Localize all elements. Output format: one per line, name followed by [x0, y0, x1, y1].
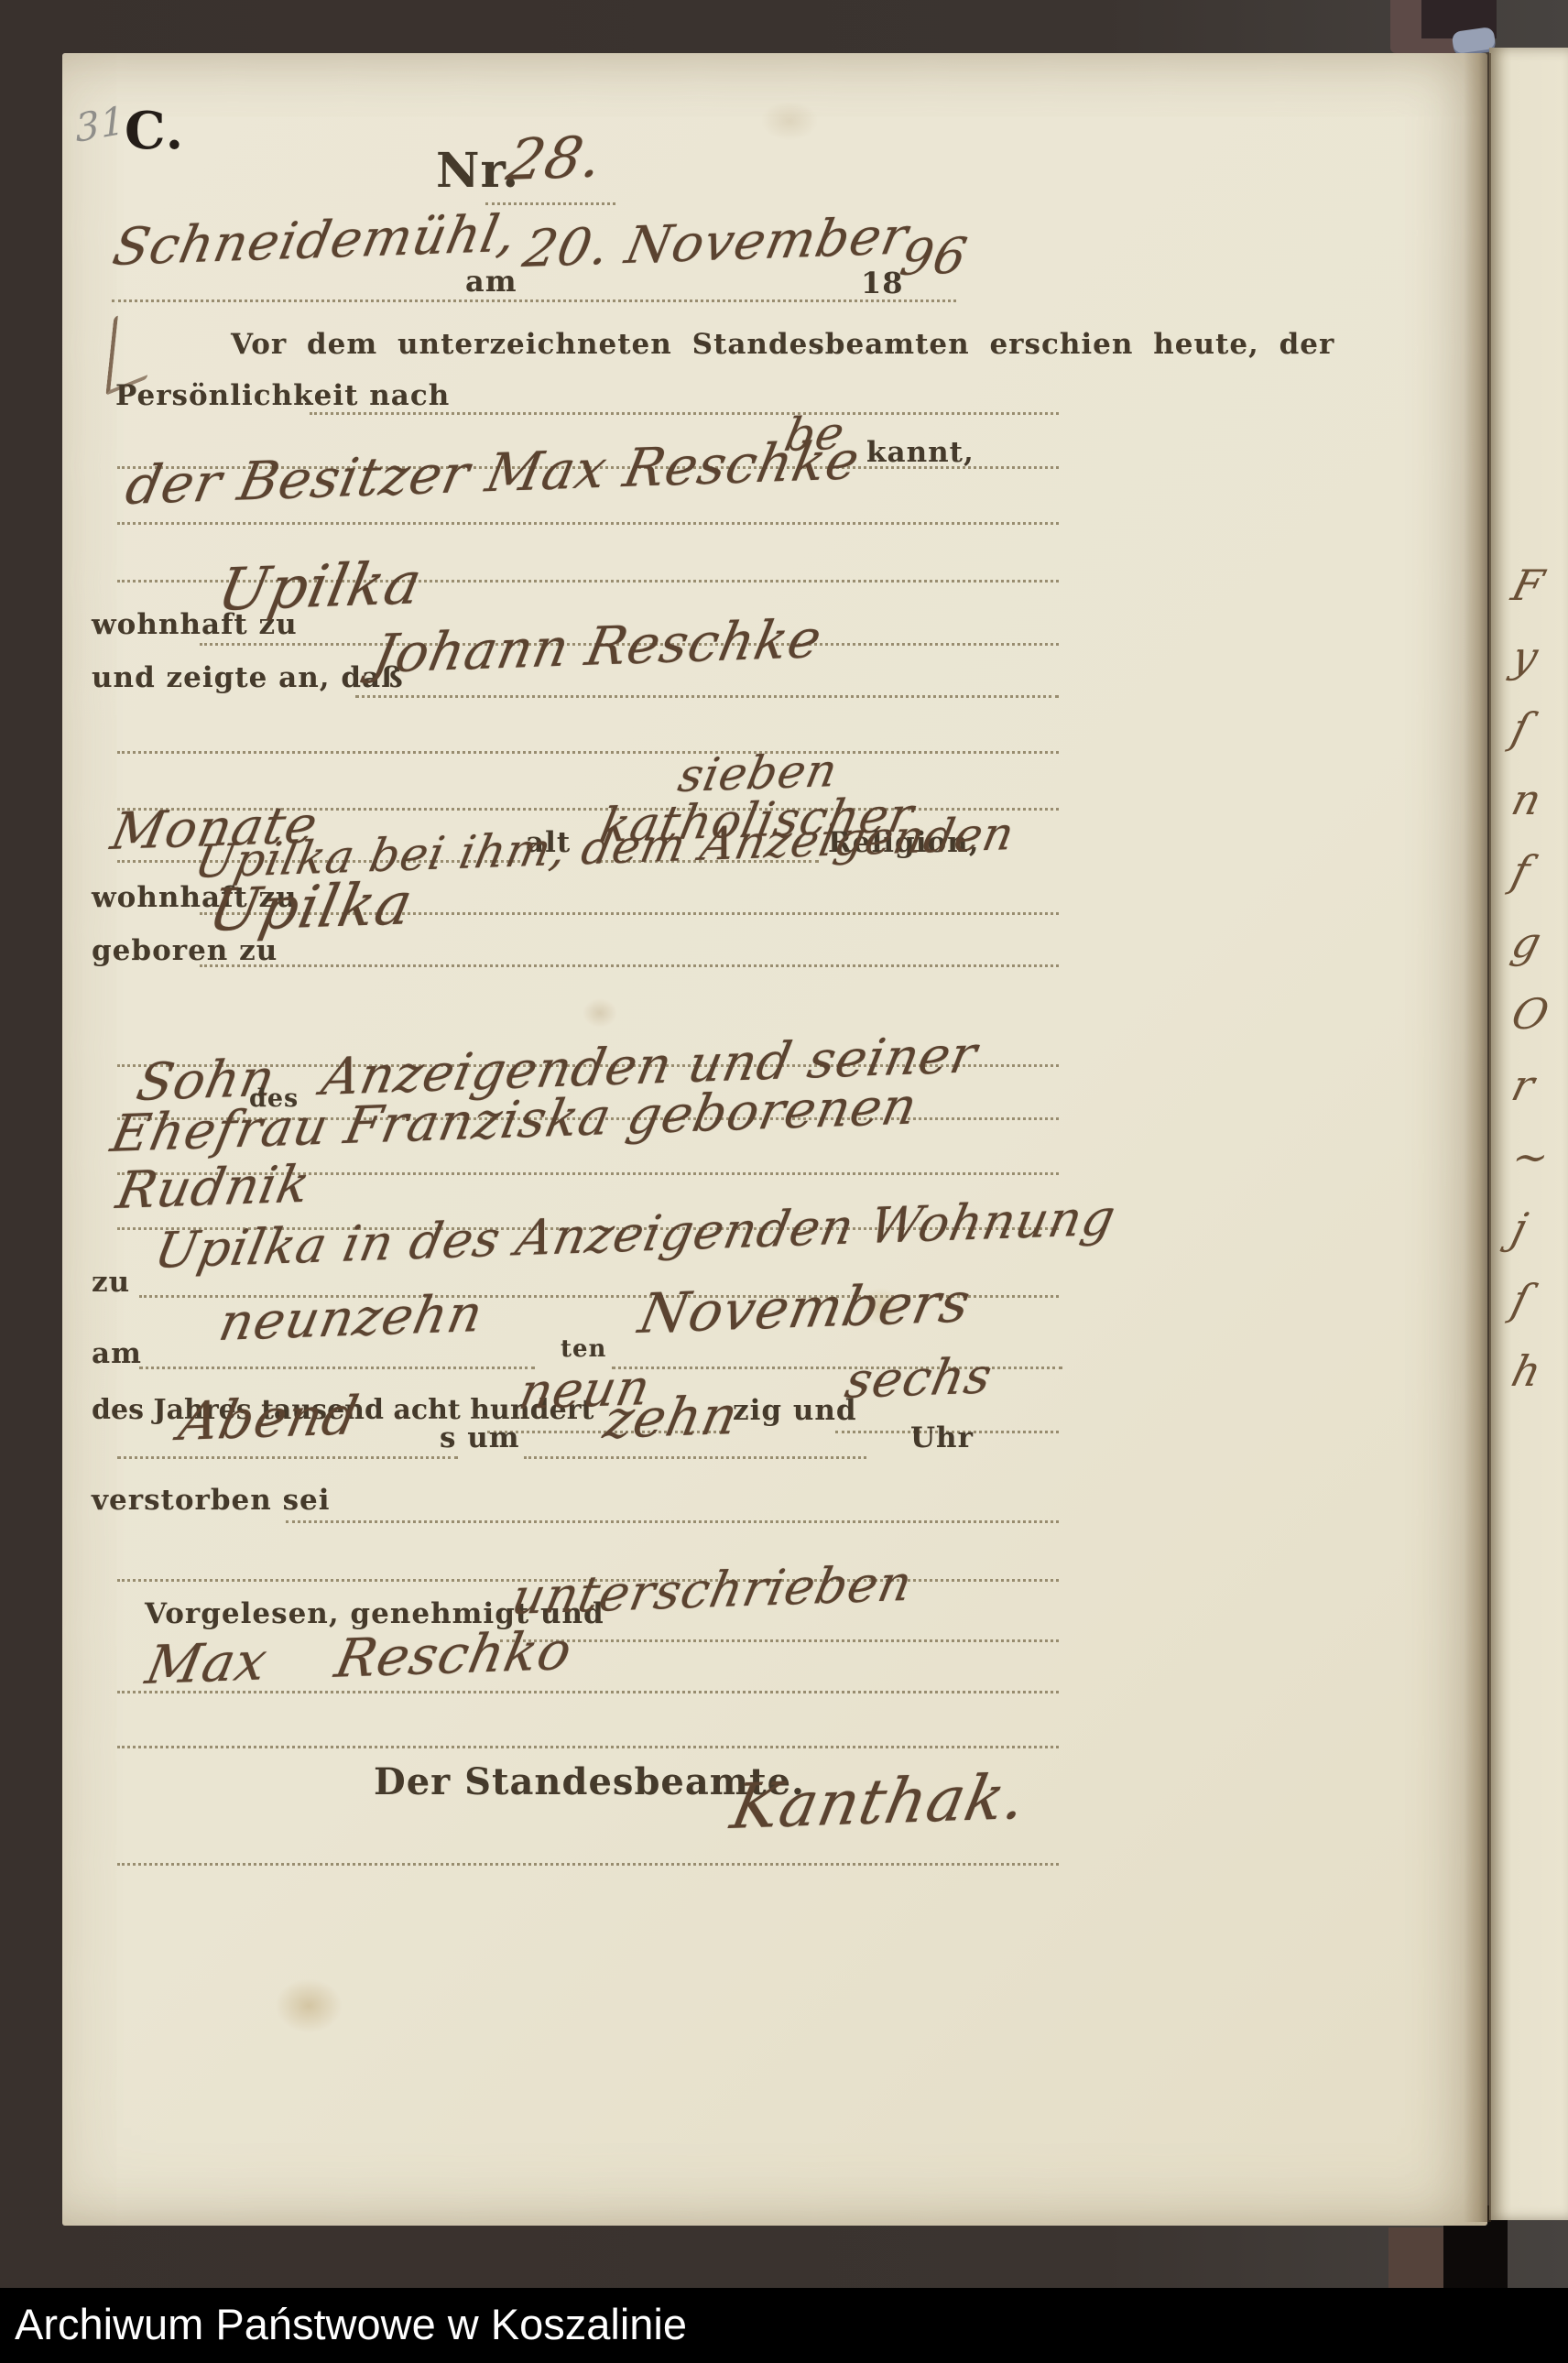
- year-written: 96: [896, 227, 973, 287]
- archive-photo-scene: F y ſ n f g O r ~ j ſ h 31 C. Nr. 28. Sc…: [0, 0, 1568, 2363]
- dotted-fill-line: [500, 1639, 1059, 1642]
- handwriting-fragment: F: [1507, 561, 1548, 610]
- handwriting-fragment: r: [1507, 1061, 1539, 1110]
- dotted-fill-line: [117, 1691, 1059, 1693]
- dotted-fill-line: [286, 1520, 1059, 1523]
- intro-line-2: Persönlichkeit nach: [115, 379, 450, 412]
- dotted-fill-line: [524, 1456, 866, 1459]
- declarant-residence: Upilka: [212, 550, 428, 625]
- handwriting-fragment: ſ: [1507, 1275, 1534, 1324]
- time-of-day: Abend: [174, 1384, 365, 1453]
- zu-label: zu: [92, 1266, 130, 1299]
- handwriting-fragment: ſ: [1507, 703, 1534, 753]
- zig-und-label: zig und: [733, 1394, 857, 1427]
- handwriting-fragment: y: [1507, 632, 1542, 681]
- form-letter: C.: [125, 101, 184, 161]
- known-label: kannt,: [866, 436, 975, 469]
- paper-stain: [583, 998, 617, 1028]
- paper-stain: [275, 1978, 343, 2033]
- uhr-label: Uhr: [910, 1421, 974, 1454]
- handwriting-fragment: f: [1507, 846, 1534, 896]
- dotted-fill-line: [112, 299, 956, 302]
- s-um-label: s um: [440, 1421, 520, 1454]
- handwriting-fragment: g: [1507, 918, 1546, 967]
- parentage-line3: Rudnik: [112, 1155, 315, 1221]
- dotted-fill-line: [117, 751, 1059, 754]
- binding-spine-bottom: [1388, 2227, 1443, 2288]
- dotted-fill-line: [117, 1746, 1059, 1748]
- dotted-fill-line: [612, 1367, 1062, 1369]
- watermark-band: Archiwum Państwowe w Koszalinie: [0, 2288, 1568, 2363]
- dotted-fill-line: [117, 1456, 458, 1459]
- pencil-page-number: 31: [74, 97, 127, 151]
- dotted-fill-line: [117, 522, 1059, 525]
- birthplace: Upilka: [203, 870, 419, 945]
- archive-watermark-text: Archiwum Państwowe w Koszalinie: [15, 2288, 687, 2361]
- handwriting-fragment: j: [1507, 1203, 1532, 1253]
- death-month: Novembers: [634, 1271, 976, 1346]
- page-fold-shadow: [1464, 53, 1491, 2222]
- hour-value: zehn: [599, 1384, 744, 1451]
- reported-label: und zeigte an, daß: [92, 661, 404, 694]
- handwriting-fragment: n: [1507, 775, 1546, 824]
- am-label: am: [465, 264, 517, 299]
- registrar-signature: Kanthak.: [725, 1761, 1032, 1844]
- dotted-fill-line: [355, 695, 1059, 698]
- dotted-fill-line: [117, 1863, 1059, 1866]
- record-number-value: 28.: [502, 123, 609, 193]
- intro-line-1: Vor dem unterzeichneten Standesbeamten e…: [231, 328, 1334, 361]
- year-ones-written: sechs: [841, 1347, 997, 1410]
- died-label: verstorben sei: [92, 1484, 331, 1517]
- paper-stain: [760, 101, 819, 141]
- death-day: neunzehn: [214, 1284, 488, 1353]
- am2-label: am: [92, 1337, 142, 1370]
- handwriting-fragment: h: [1507, 1346, 1546, 1396]
- adjacent-page-edge: F y ſ n f g O r ~ j ſ h: [1489, 48, 1568, 2220]
- dotted-fill-line: [200, 964, 1059, 967]
- handwriting-fragment: O: [1507, 989, 1553, 1039]
- ten-label: ten: [561, 1335, 606, 1363]
- handwriting-fragment: ~: [1507, 1132, 1554, 1181]
- dotted-fill-line: [139, 1367, 535, 1369]
- dotted-fill-line: [310, 412, 1059, 415]
